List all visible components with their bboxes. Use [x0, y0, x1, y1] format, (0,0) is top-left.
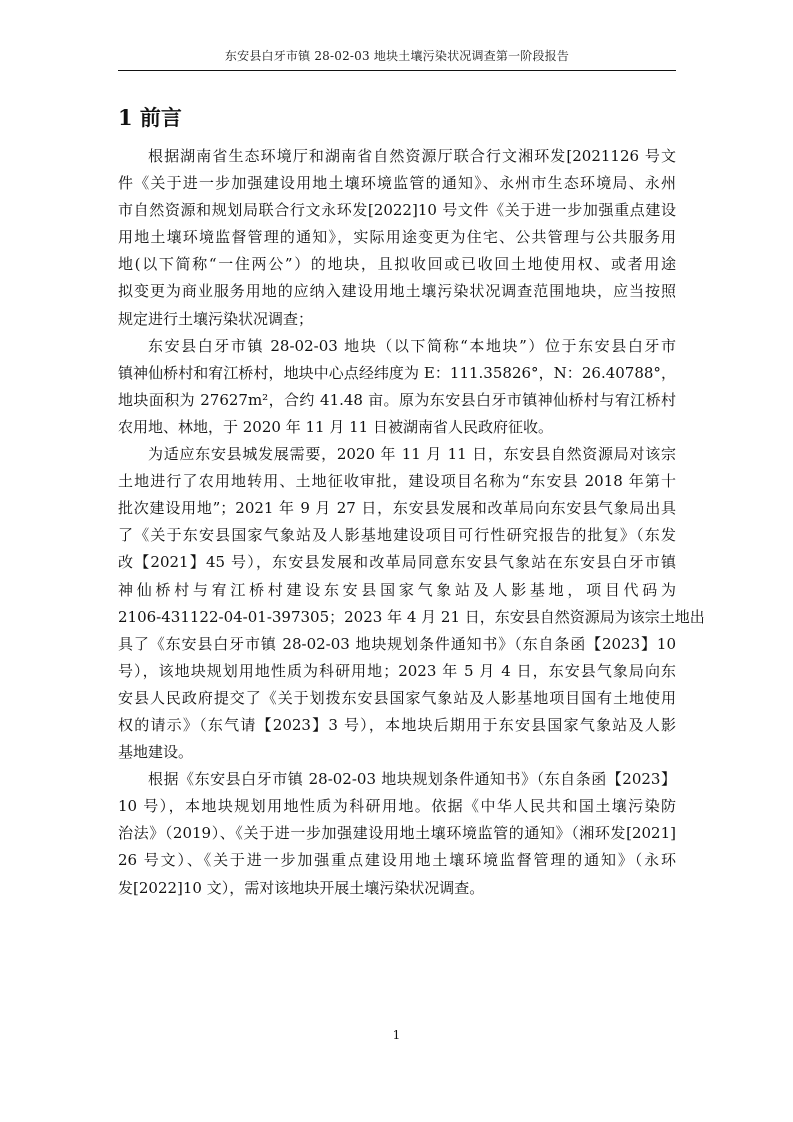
- text-line: 地(以下简称“一住两公”）的地块，且拟收回或已收回土地使用权、或者用途: [118, 251, 676, 278]
- header-rule: [118, 70, 676, 71]
- text-line: 改【2021】45 号），东安县发展和改革局同意东安县气象站在东安县白牙市镇: [118, 549, 676, 576]
- text-line: 了《关于东安县国家气象站及人影基地建设项目可行性研究报告的批复》（东发: [118, 522, 676, 549]
- text-line: 26 号文）、《关于进一步加强重点建设用地土壤环境监督管理的通知》（永环: [118, 847, 676, 874]
- text-line: 根据《东安县白牙市镇 28-02-03 地块规划条件通知书》（东自条函【2023…: [118, 766, 676, 793]
- text-line: 治法》（2019）、《关于进一步加强建设用地土壤环境监管的通知》（湘环发[202…: [118, 820, 676, 847]
- text-line: 10 号），本地块规划用地性质为科研用地。依据《中华人民共和国土壤污染防: [118, 793, 676, 820]
- body-text: 根据湖南省生态环境厅和湖南省自然资源厅联合行文湘环发[2021126 号文 件《…: [118, 143, 676, 902]
- paragraph-site-location: 东安县白牙市镇 28-02-03 地块（以下简称“本地块”）位于东安县白牙市 镇…: [118, 333, 676, 441]
- text-line: 权的请示》（东气请【2023】3 号），本地块后期用于东安县国家气象站及人影: [118, 712, 676, 739]
- text-line: 规定进行土壤污染状况调查；: [118, 306, 676, 333]
- page-number: 1: [0, 1028, 793, 1042]
- text-line: 用地土壤环境监督管理的通知》，实际用途变更为住宅、公共管理与公共服务用: [118, 224, 676, 251]
- text-line: 地块面积为 27627m²，合约 41.48 亩。原为东安县白牙市镇神仙桥村与宥…: [118, 387, 676, 414]
- text-line: 发[2022]10 文），需对该地块开展土壤污染状况调查。: [118, 875, 676, 902]
- text-line: 镇神仙桥村和宥江桥村，地块中心点经纬度为 E：111.35826°，N：26.4…: [118, 360, 676, 387]
- text-line: 号），该地块规划用地性质为科研用地；2023 年 5 月 4 日，东安县气象局向…: [118, 658, 676, 685]
- text-line: 件《关于进一步加强建设用地土壤环境监管的通知》、永州市生态环境局、永州: [118, 170, 676, 197]
- text-line: 东安县白牙市镇 28-02-03 地块（以下简称“本地块”）位于东安县白牙市: [118, 333, 676, 360]
- text-line: 市自然资源和规划局联合行文永环发[2022]10 号文件《关于进一步加强重点建设: [118, 197, 676, 224]
- text-line: 批次建设用地”；2021 年 9 月 27 日，东安县发展和改革局向东安县气象局…: [118, 495, 676, 522]
- text-line: 基地建设。: [118, 739, 676, 766]
- section-title: 1 前言: [118, 103, 182, 133]
- text-line: 具了《东安县白牙市镇 28-02-03 地块规划条件通知书》（东自条函【2023…: [118, 631, 676, 658]
- text-line: 神仙桥村与宥江桥村建设东安县国家气象站及人影基地，项目代码为: [118, 577, 676, 604]
- text-line: 安县人民政府提交了《关于划拨东安县国家气象站及人影基地项目国有土地使用: [118, 685, 676, 712]
- paragraph-project-history: 为适应东安县城发展需要，2020 年 11 月 11 日，东安县自然资源局对该宗…: [118, 441, 676, 766]
- text-line: 农用地、林地，于 2020 年 11 月 11 日被湖南省人民政府征收。: [118, 414, 676, 441]
- paragraph-regulatory-basis: 根据湖南省生态环境厅和湖南省自然资源厅联合行文湘环发[2021126 号文 件《…: [118, 143, 676, 333]
- text-line: 土地进行了农用地转用、土地征收审批，建设项目名称为“东安县 2018 年第十: [118, 468, 676, 495]
- text-line: 根据湖南省生态环境厅和湖南省自然资源厅联合行文湘环发[2021126 号文: [118, 143, 676, 170]
- text-line: 拟变更为商业服务用地的应纳入建设用地土壤污染状况调查范围地块，应当按照: [118, 278, 676, 305]
- page-header: 东安县白牙市镇 28-02-03 地块土壤污染状况调查第一阶段报告: [118, 48, 676, 64]
- text-line: 2106-431122-04-01-397305；2023 年 4 月 21 日…: [118, 604, 676, 631]
- paragraph-survey-requirement: 根据《东安县白牙市镇 28-02-03 地块规划条件通知书》（东自条函【2023…: [118, 766, 676, 901]
- text-line: 为适应东安县城发展需要，2020 年 11 月 11 日，东安县自然资源局对该宗: [118, 441, 676, 468]
